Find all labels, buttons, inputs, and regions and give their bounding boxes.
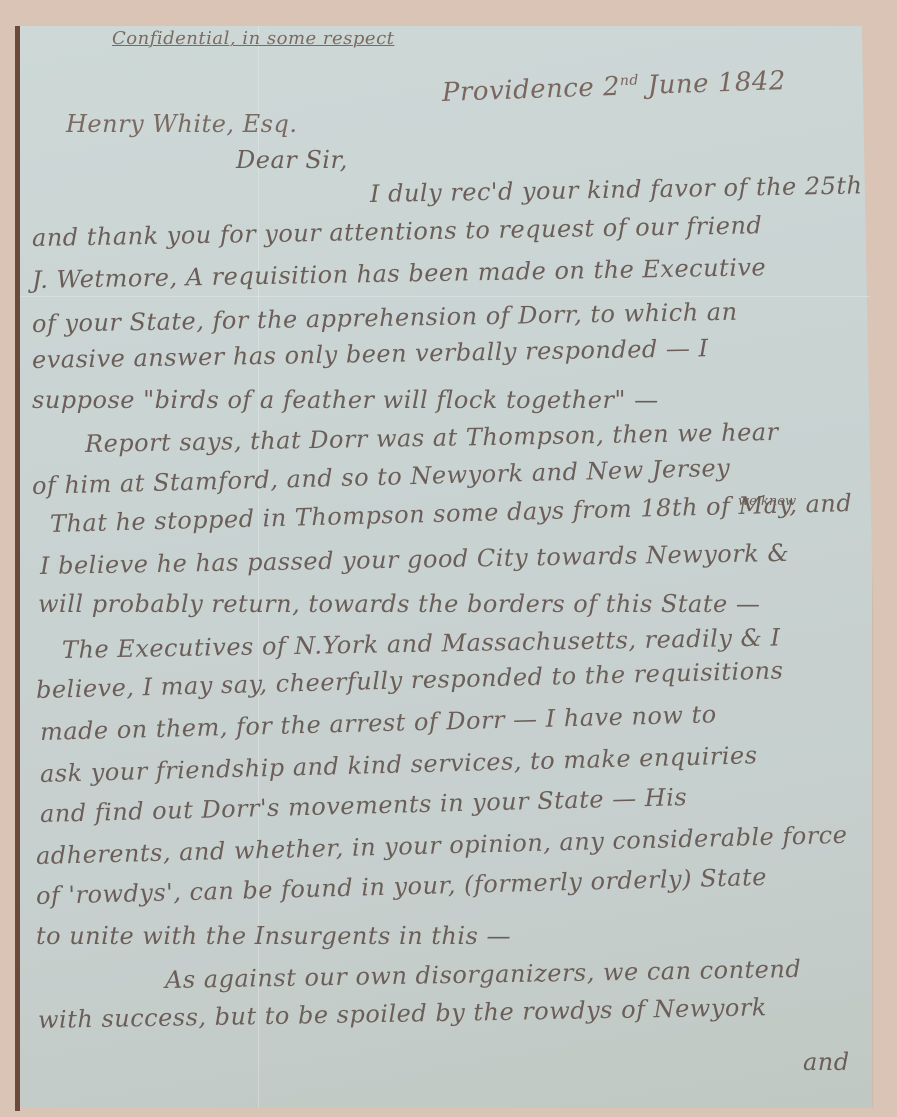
day: 2 <box>602 72 620 103</box>
place: Providence <box>441 73 594 108</box>
catchword: and <box>803 1048 850 1076</box>
body-line-6: suppose "birds of a feather will flock t… <box>32 386 659 414</box>
body-line-11: will probably return, towards the border… <box>38 590 760 618</box>
month-year: June 1842 <box>647 66 786 101</box>
body-line-19: to unite with the Insurgents in this — <box>36 922 511 950</box>
confidential-note: Confidential, in some respect <box>112 28 394 49</box>
salutation: Dear Sir, <box>236 146 348 174</box>
day-suffix: nd <box>620 72 640 89</box>
paper-edge-shadow <box>15 26 20 1111</box>
addressee: Henry White, Esq. <box>66 110 297 138</box>
fold-line-horizontal <box>20 296 870 297</box>
